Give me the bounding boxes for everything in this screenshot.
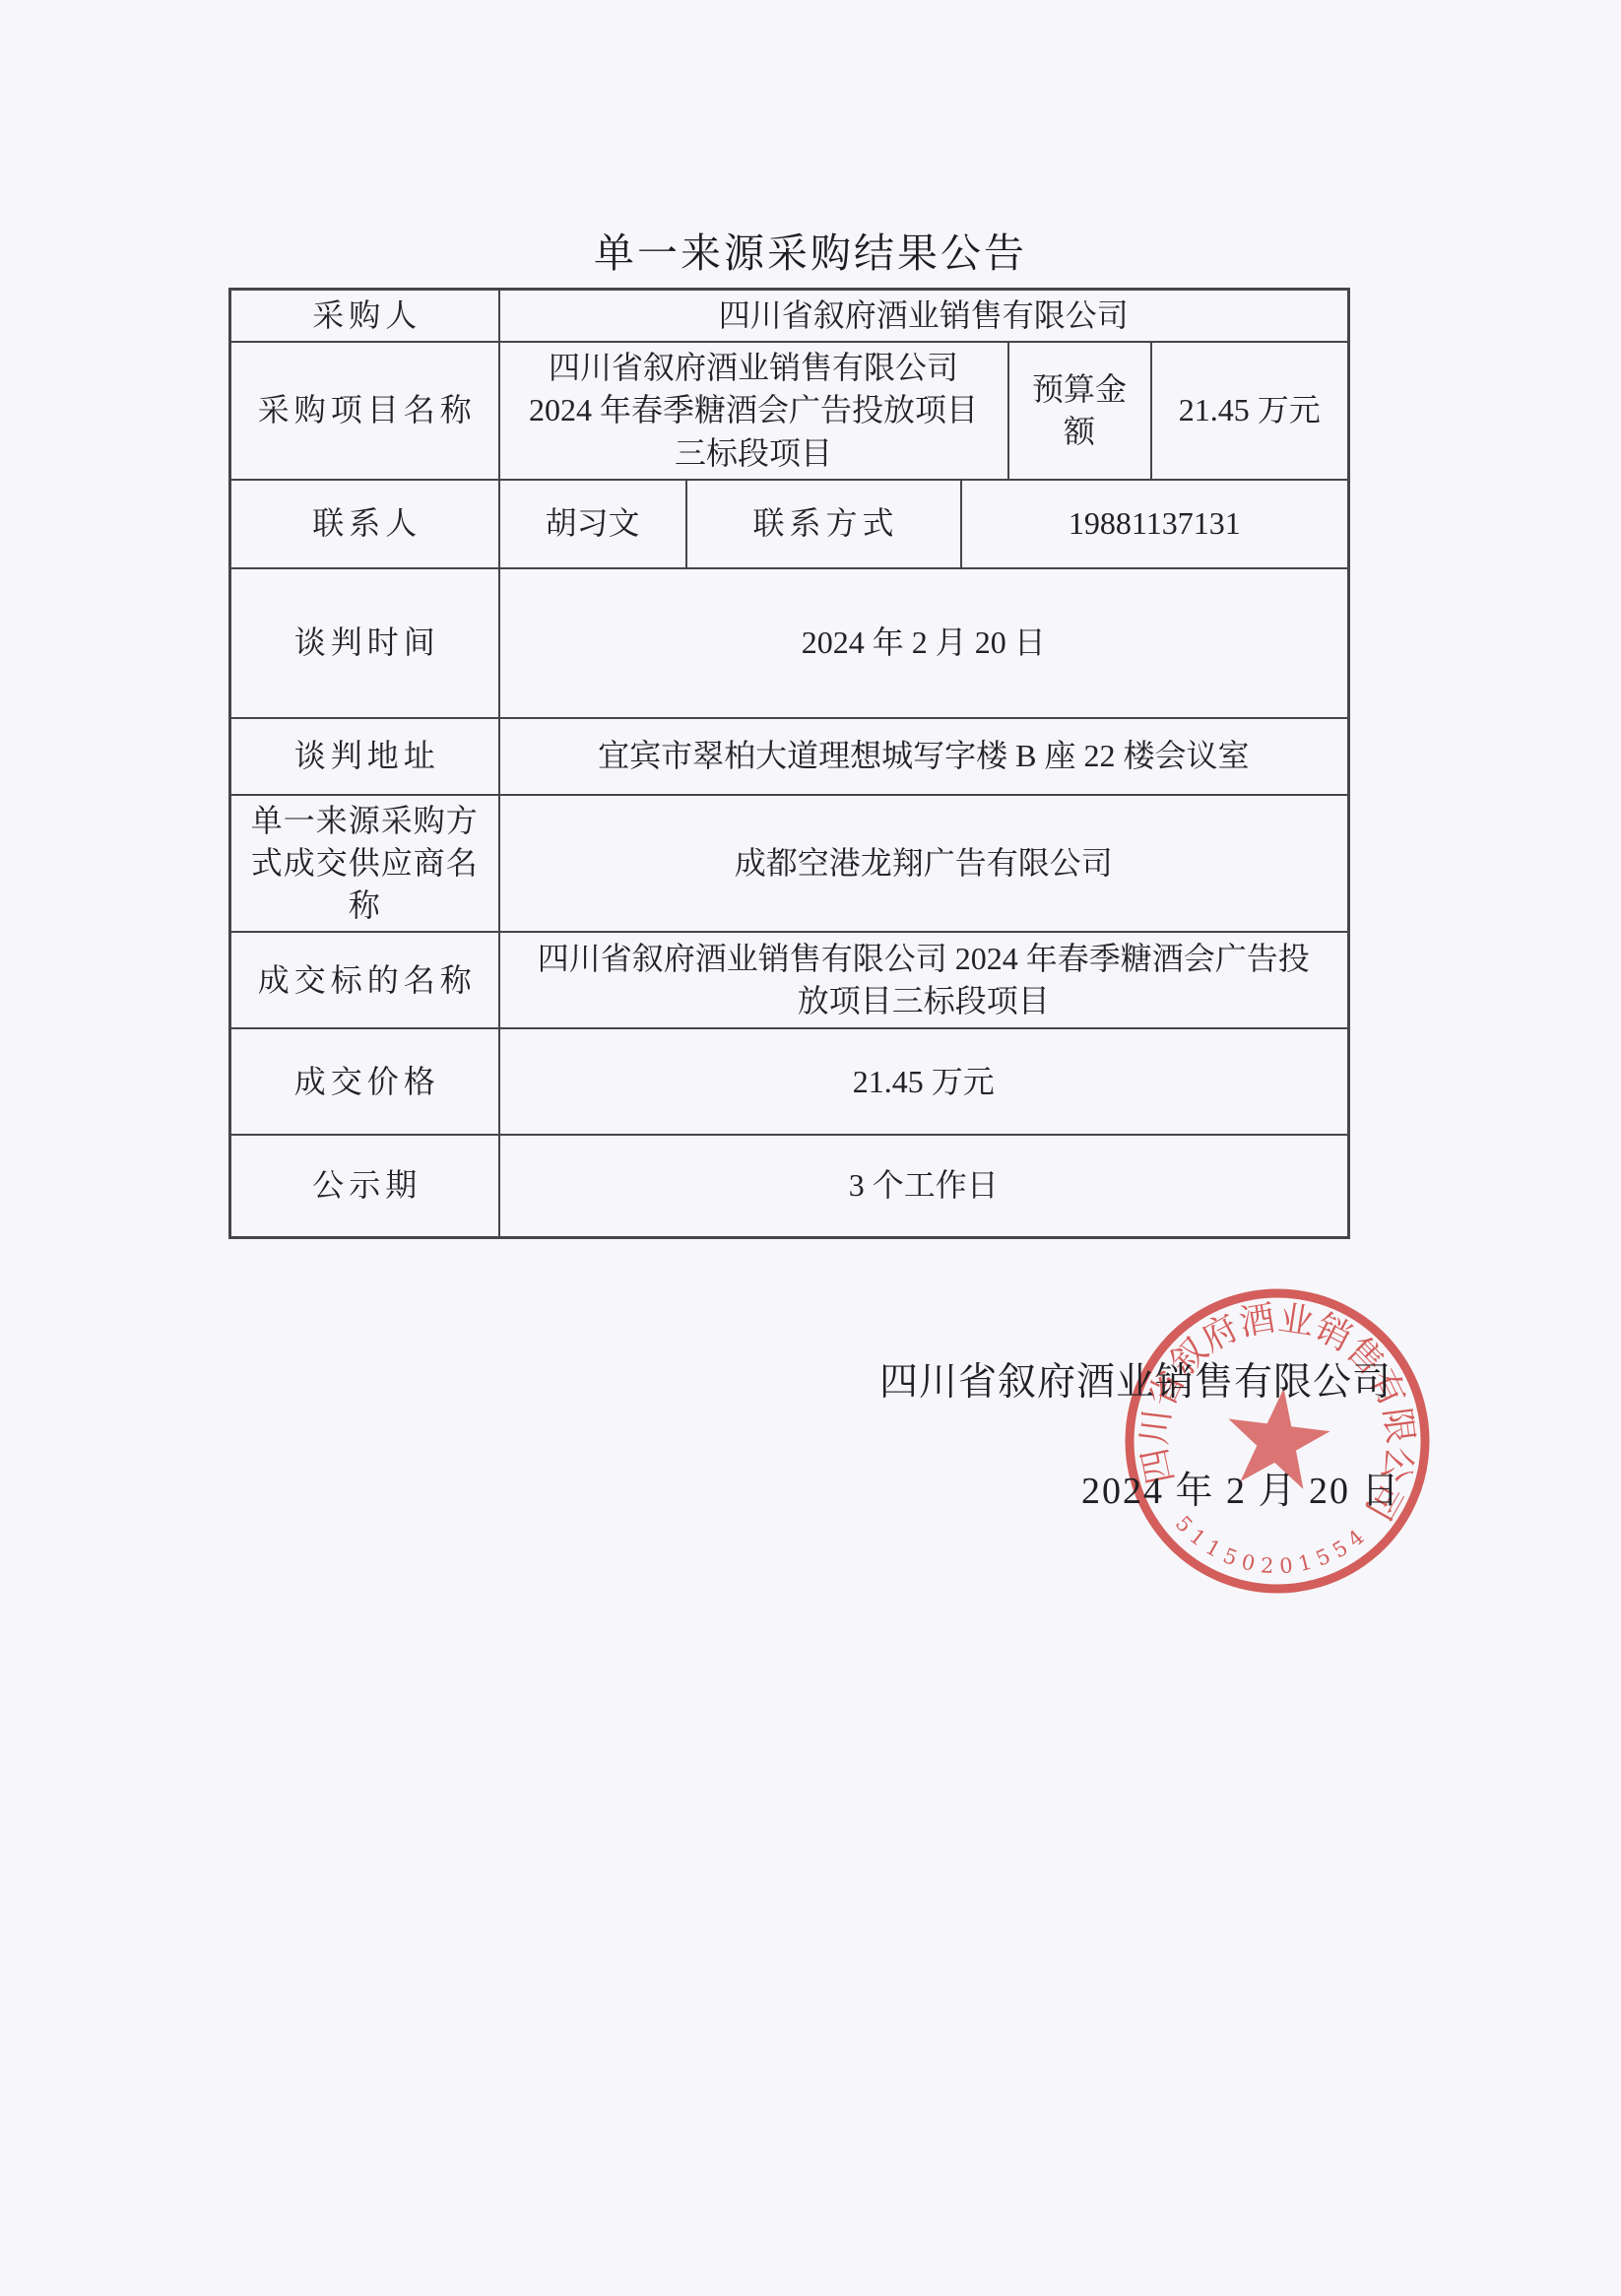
negotiation-address-label: 谈判地址: [230, 718, 499, 795]
row-award-price: 成交价格 21.45 万元: [230, 1028, 1349, 1135]
negotiation-time-label: 谈判时间: [230, 568, 499, 718]
page-title: 单一来源采购结果公告: [0, 221, 1621, 279]
project-label: 采购项目名称: [230, 342, 499, 480]
company-seal-icon: 四川省叙府酒业销售有限公司 5115020155410: [1115, 1279, 1440, 1604]
award-price-value: 21.45 万元: [499, 1028, 1349, 1135]
award-name-value: 四川省叙府酒业销售有限公司 2024 年春季糖酒会广告投 放项目三标段项目: [499, 932, 1349, 1028]
row-project: 采购项目名称 四川省叙府酒业销售有限公司 2024 年春季糖酒会广告投放项目 三…: [230, 342, 1349, 480]
purchaser-label: 采购人: [230, 290, 499, 343]
contact-method-label: 联系方式: [686, 480, 961, 568]
row-contact: 联系人 胡习文 联系方式 19881137131: [230, 480, 1349, 568]
negotiation-time-value: 2024 年 2 月 20 日: [499, 568, 1349, 718]
contact-label: 联系人: [230, 480, 499, 568]
budget-label: 预算金 额: [1008, 342, 1151, 480]
negotiation-address-value: 宜宾市翠柏大道理想城写字楼 B 座 22 楼会议室: [499, 718, 1349, 795]
row-supplier: 单一来源采购方 式成交供应商名 称 成都空港龙翔广告有限公司: [230, 795, 1349, 933]
contact-phone: 19881137131: [961, 480, 1349, 568]
document-page: 单一来源采购结果公告 采购人 四川省叙府酒业销售有限公司 采购项目名称 四川省叙…: [0, 0, 1621, 2296]
row-negotiation-time: 谈判时间 2024 年 2 月 20 日: [230, 568, 1349, 718]
purchaser-value: 四川省叙府酒业销售有限公司: [499, 290, 1349, 343]
contact-name: 胡习文: [499, 480, 686, 568]
row-publicity-period: 公示期 3 个工作日: [230, 1135, 1349, 1237]
budget-value: 21.45 万元: [1151, 342, 1349, 480]
signature-date: 2024 年 2 月 20 日: [1081, 1460, 1401, 1514]
row-negotiation-address: 谈判地址 宜宾市翠柏大道理想城写字楼 B 座 22 楼会议室: [230, 718, 1349, 795]
publicity-period-value: 3 个工作日: [499, 1135, 1349, 1237]
row-purchaser: 采购人 四川省叙府酒业销售有限公司: [230, 290, 1349, 343]
publicity-period-label: 公示期: [230, 1135, 499, 1237]
signature-company: 四川省叙府酒业销售有限公司: [879, 1351, 1392, 1407]
supplier-label: 单一来源采购方 式成交供应商名 称: [230, 795, 499, 933]
row-award-name: 成交标的名称 四川省叙府酒业销售有限公司 2024 年春季糖酒会广告投 放项目三…: [230, 932, 1349, 1028]
award-name-label: 成交标的名称: [230, 932, 499, 1028]
project-value: 四川省叙府酒业销售有限公司 2024 年春季糖酒会广告投放项目 三标段项目: [499, 342, 1008, 480]
award-price-label: 成交价格: [230, 1028, 499, 1135]
supplier-value: 成都空港龙翔广告有限公司: [499, 795, 1349, 933]
procurement-result-table: 采购人 四川省叙府酒业销售有限公司 采购项目名称 四川省叙府酒业销售有限公司 2…: [228, 288, 1350, 1239]
